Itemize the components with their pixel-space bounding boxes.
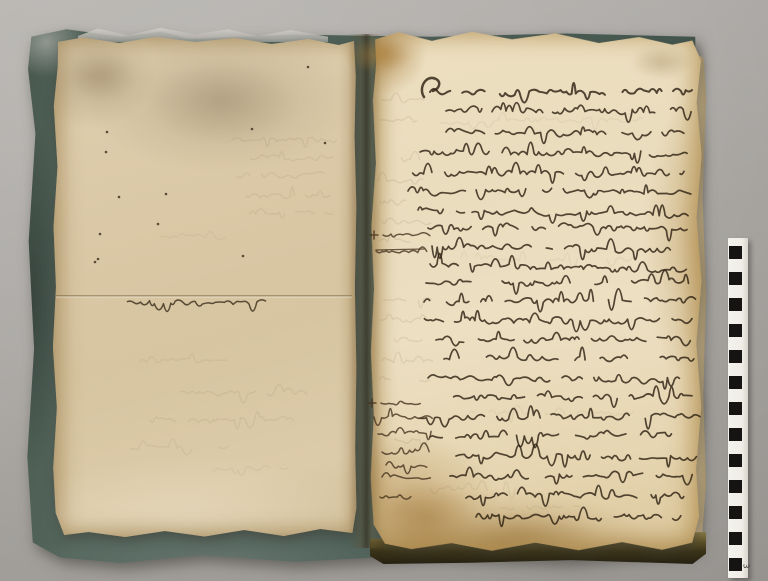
scale-segment [729,480,742,493]
scale-segment [729,506,742,519]
stain [122,48,322,158]
scale-segment [729,324,742,337]
stain [621,37,701,88]
scale-segment [729,246,742,259]
scale-segment [729,298,742,311]
scale-segment [729,454,742,467]
right-page-manuscript [368,27,706,553]
left-page-wrap [52,36,357,538]
right-page-wrap [368,27,706,553]
archive-photograph: 3 [0,0,768,581]
stain [58,40,148,110]
scale-segment [729,532,742,545]
scale-segment [729,402,742,415]
scale-label: 3 [741,563,749,568]
scale-segment [729,428,742,441]
left-page-blank [52,36,357,538]
scale-segment [729,350,742,363]
scale-segment [729,558,742,571]
page-fold-crease [56,295,352,298]
photo-scale-bar: 3 [728,238,748,578]
scale-segment [729,272,742,285]
scale-segment [729,376,742,389]
